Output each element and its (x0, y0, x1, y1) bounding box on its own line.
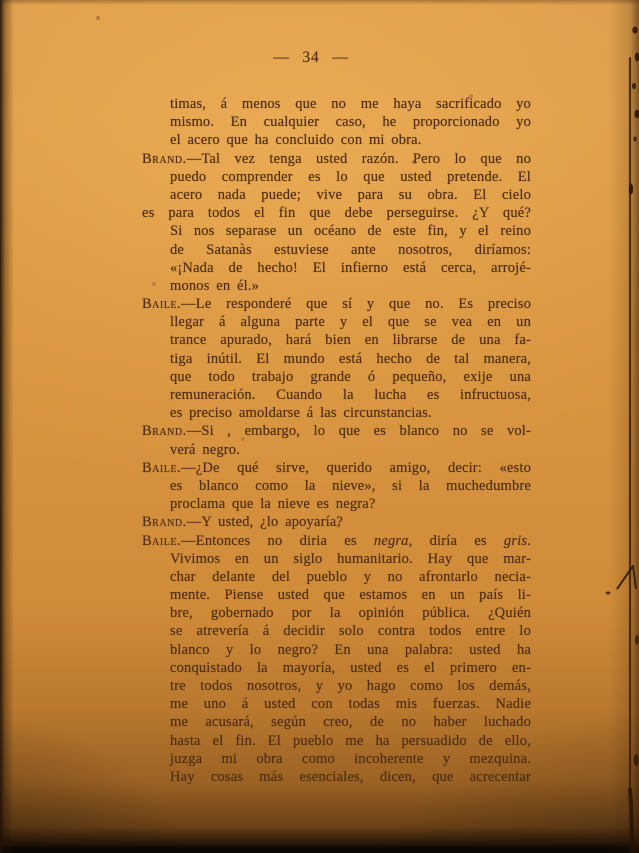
text-line: tiga inútil. El mundo está hecho de tal … (142, 350, 531, 368)
text-line: Vivimos en un siglo humanitario. Hay que… (142, 550, 531, 568)
text-line: bre, gobernado por la opinión pública. ¿… (142, 604, 531, 622)
dialogue-line: Brand.—Si , embargo, lo que es blanco no… (142, 422, 531, 440)
text-line: char delante del pueblo y no afrontarlo … (142, 568, 531, 586)
page-edge-tear-icon (597, 0, 639, 853)
edge-blob (635, 53, 639, 62)
speaker-name: Brand. (142, 151, 187, 167)
text-line: de Satanàs estuviese ante nosotros, dirí… (142, 241, 531, 259)
dialogue-line: Baile.—¿De qué sirve, querido amigo, dec… (142, 459, 531, 477)
speaker-name: Brand. (142, 514, 187, 530)
text-line: monos en él.» (142, 277, 531, 295)
text-line: verá negro. (142, 441, 531, 459)
text-line: puedo comprender es lo que usted pretend… (142, 168, 531, 186)
text-line: tre todos nosotros, y yo hago como los d… (142, 677, 531, 695)
text-line: es para todos el fin que debe perseguirs… (142, 204, 531, 222)
text-line: blanco y lo negro? En una palabra: usted… (142, 641, 531, 659)
dialogue-line: Baile.—Le responderé que sí y que no. Es… (142, 295, 531, 313)
text-line: Hay cosas más esenciales, dicen, que acr… (142, 768, 531, 786)
text-line: proclama que la nieve es negra? (142, 495, 531, 513)
text-line: se atrevería á decidir solo contra todos… (142, 622, 531, 640)
tear-notch (617, 566, 636, 589)
text-line: que todo trabajo grande ó pequeño, exije… (142, 368, 531, 386)
page-edge-crack (630, 58, 631, 790)
edge-blob (633, 136, 636, 141)
text-line: Si nos separase un océano de este fin, y… (142, 222, 531, 240)
edge-blob (634, 754, 638, 766)
edge-blob (632, 27, 637, 34)
text-line: timas, á menos que no me haya sacrificad… (142, 95, 531, 113)
text-line: «¡Nada de hecho! El infierno está cerca,… (142, 259, 531, 277)
text-line: conquistado la mayoría, usted es el prim… (142, 659, 531, 677)
text-line: llegar á alguna parte y el que se vea en… (142, 313, 531, 331)
page-number: — 34 — (0, 49, 622, 67)
text-line: mente. Piense usted que estamos en un pa… (142, 586, 531, 604)
dialogue-line: Brand.—Tal vez tenga usted razón. Pero l… (142, 150, 531, 168)
text-line: juzga mi obra como incoherente y mezquin… (142, 750, 531, 768)
text-line: acero nada puede; vive para su obra. El … (142, 186, 531, 204)
text-line: remuneración. Cuando la lucha es infruct… (142, 386, 531, 404)
edge-blob (635, 110, 639, 118)
page-edge-crack-bottom (630, 790, 633, 853)
text-line: hasta el fin. El pueblo me ha persuadido… (142, 732, 531, 750)
text-line: trance apurado, hará bien en librarse de… (142, 331, 531, 349)
text-line: es preciso amoldarse á las circunstancia… (142, 404, 531, 422)
text-line: es blanco como la nieve», si la muchedum… (142, 477, 531, 495)
paper-flaw-dot (606, 591, 610, 594)
dialogue-line: Baile.—Entonces no diria es negra, diría… (142, 532, 531, 550)
speaker-name: Brand. (142, 423, 187, 439)
edge-blob (632, 83, 636, 89)
edge-nick (629, 184, 633, 195)
text-block: timas, á menos que no me haya sacrificad… (142, 95, 531, 786)
speaker-name: Baile. (142, 296, 181, 312)
text-line: mismo. En cualquier caso, he proporciona… (142, 113, 531, 131)
speaker-name: Baile. (142, 460, 181, 476)
book-page-photo: — 34 — timas, á menos que no me haya sac… (0, 0, 639, 853)
dialogue-line: Brand.—Y usted, ¿lo apoyaría? (142, 513, 531, 531)
edge-blob (635, 635, 639, 645)
text-line: me uno á usted con todas mis fuerzas. Na… (142, 695, 531, 713)
speaker-name: Baile. (142, 533, 181, 549)
text-line: el acero que ha concluido con mi obra. (142, 131, 531, 149)
text-line: me acusará, según creo, de no haber luch… (142, 713, 531, 731)
paper-specks (0, 0, 2, 2)
